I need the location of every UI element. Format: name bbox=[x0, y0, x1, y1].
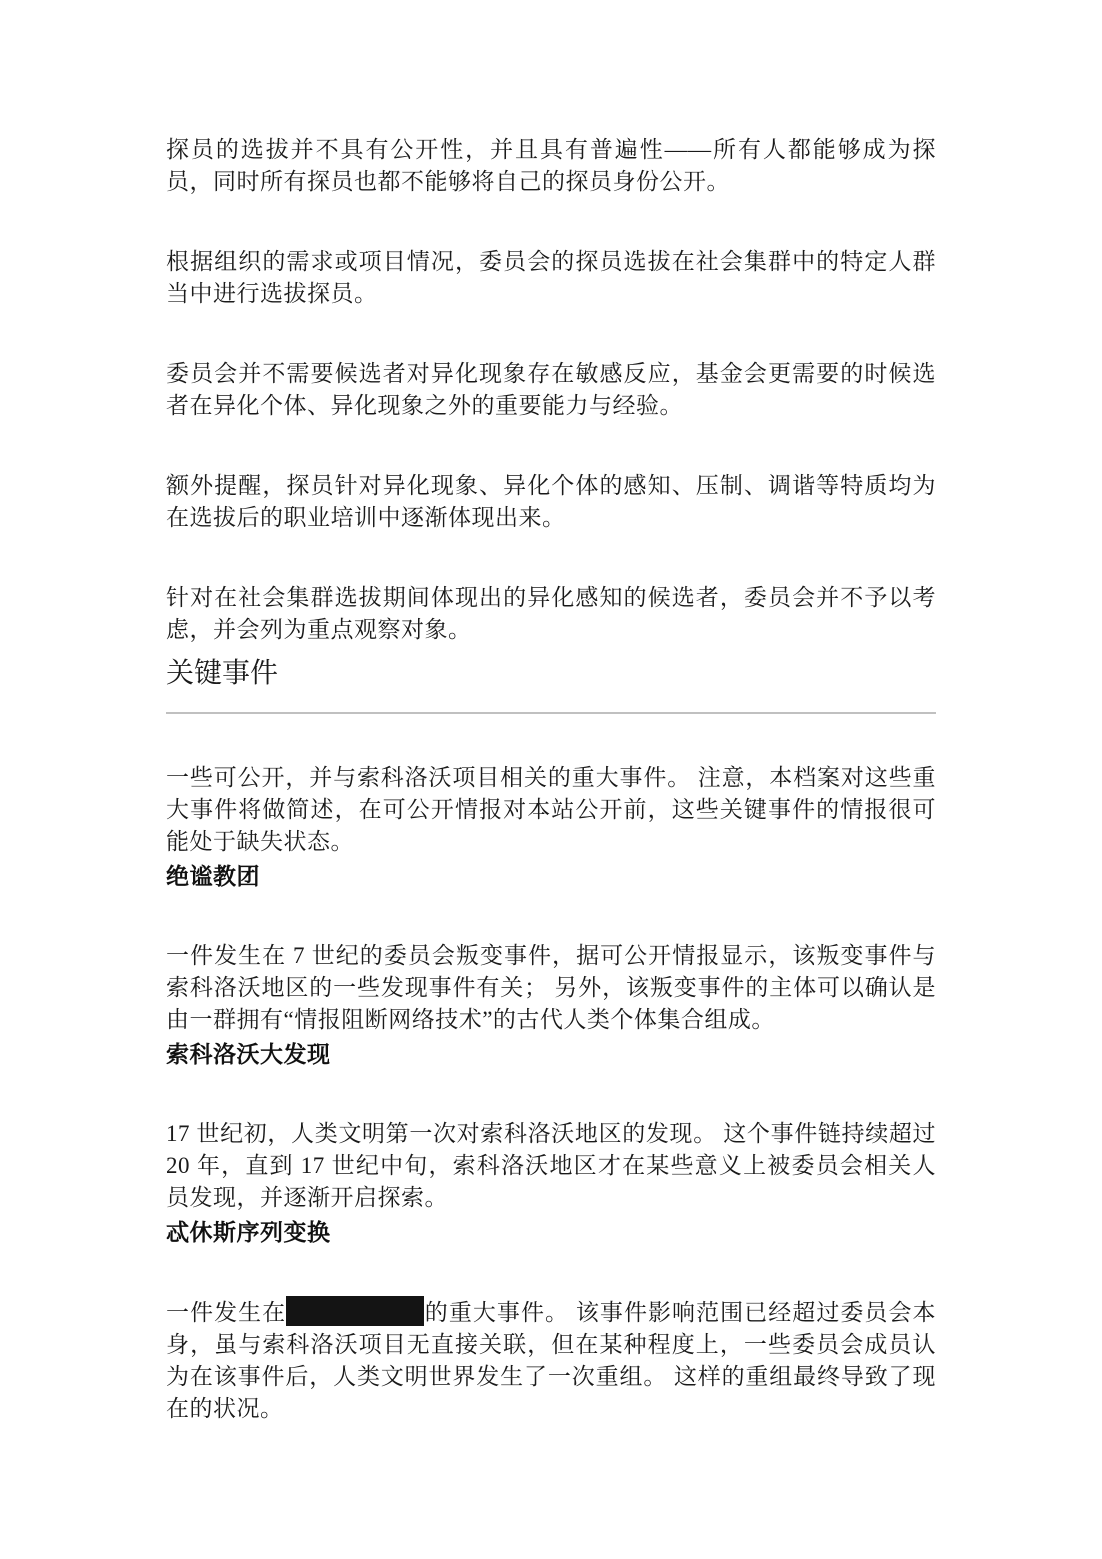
event-heading-theseus: 忒休斯序列变换 bbox=[166, 1216, 936, 1248]
event-heading-discovery: 索科洛沃大发现 bbox=[166, 1038, 936, 1070]
event-body-theseus: 一件发生在的重大事件。 该事件影响范围已经超过委员会本身，虽与索科洛沃项目无直接… bbox=[166, 1296, 936, 1425]
intro-paragraph-2: 根据组织的需求或项目情况，委员会的探员选拔在社会集群中的特定人群当中进行选拔探员… bbox=[166, 246, 936, 310]
event-body-theseus-before: 一件发生在 bbox=[166, 1300, 286, 1325]
intro-paragraph-4: 额外提醒，探员针对异化现象、异化个体的感知、压制、调谐等特质均为在选拔后的职业培… bbox=[166, 470, 936, 534]
section-lead-paragraph: 一些可公开，并与索科洛沃项目相关的重大事件。 注意，本档案对这些重大事件将做简述… bbox=[166, 762, 936, 858]
intro-paragraph-5: 针对在社会集群选拔期间体现出的异化感知的候选者，委员会并不予以考虑，并会列为重点… bbox=[166, 582, 936, 646]
redaction-bar bbox=[286, 1296, 424, 1326]
section-title-key-events: 关键事件 bbox=[166, 654, 936, 694]
intro-paragraph-3: 委员会并不需要候选者对异化现象存在敏感反应，基金会更需要的时候选者在异化个体、异… bbox=[166, 358, 936, 422]
event-body-cult: 一件发生在 7 世纪的委员会叛变事件，据可公开情报显示，该叛变事件与索科洛沃地区… bbox=[166, 940, 936, 1036]
document-page: 探员的选拔并不具有公开性，并且具有普遍性——所有人都能够成为探员，同时所有探员也… bbox=[0, 0, 1102, 1559]
section-divider bbox=[166, 712, 936, 714]
intro-paragraph-1: 探员的选拔并不具有公开性，并且具有普遍性——所有人都能够成为探员，同时所有探员也… bbox=[166, 134, 936, 198]
event-heading-cult: 绝谧教团 bbox=[166, 860, 936, 892]
event-body-discovery: 17 世纪初，人类文明第一次对索科洛沃地区的发现。 这个事件链持续超过 20 年… bbox=[166, 1118, 936, 1214]
